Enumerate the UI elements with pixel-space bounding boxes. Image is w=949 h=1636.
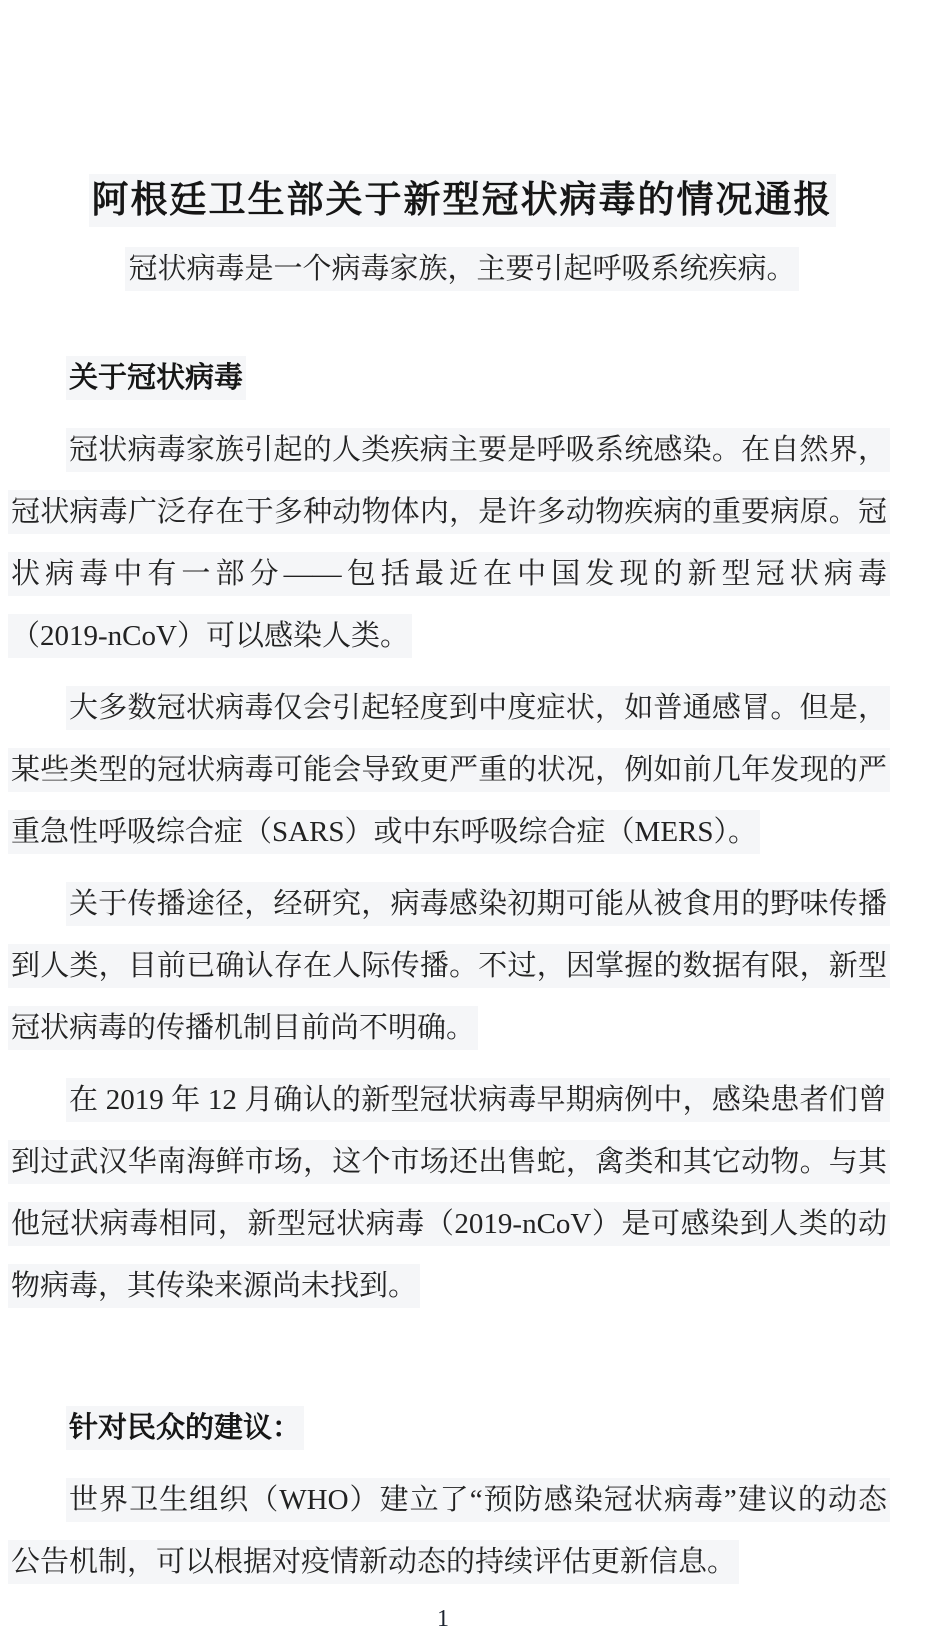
section-heading: 关于冠状病毒 xyxy=(8,347,890,409)
document-page: 阿根廷卫生部关于新型冠状病毒的情况通报 冠状病毒是一个病毒家族，主要引起呼吸系统… xyxy=(0,0,949,1636)
text-line-content: 公告机制，可以根据对疫情新动态的持续评估更新信息。 xyxy=(8,1540,739,1584)
text-line-content: 状病毒中有一部分——包括最近在中国发现的新型冠状病毒 xyxy=(8,552,890,596)
paragraph: 在 2019 年 12 月确认的新型冠状病毒早期病例中，感染患者们曾到过武汉华南… xyxy=(8,1069,890,1317)
text-line-content: 冠状病毒广泛存在于多种动物体内，是许多动物疾病的重要病原。冠 xyxy=(8,490,890,534)
text-line: 公告机制，可以根据对疫情新动态的持续评估更新信息。 xyxy=(8,1531,890,1593)
text-line-content: 到过武汉华南海鲜市场，这个市场还出售蛇，禽类和其它动物。与其 xyxy=(8,1140,890,1184)
text-line: 状病毒中有一部分——包括最近在中国发现的新型冠状病毒 xyxy=(8,543,890,605)
text-line-content: 到人类，目前已确认存在人际传播。不过，因掌握的数据有限，新型 xyxy=(8,944,890,988)
text-line: 重急性呼吸综合症（SARS）或中东呼吸综合症（MERS）。 xyxy=(8,801,890,863)
document-section: 针对民众的建议：世界卫生组织（WHO）建立了“预防感染冠状病毒”建议的动态公告机… xyxy=(8,1397,890,1593)
text-line-content: 世界卫生组织（WHO）建立了“预防感染冠状病毒”建议的动态 xyxy=(66,1478,890,1522)
section-heading: 针对民众的建议： xyxy=(8,1397,890,1459)
text-line: 大多数冠状病毒仅会引起轻度到中度症状，如普通感冒。但是， xyxy=(8,677,890,739)
text-line: 冠状病毒家族引起的人类疾病主要是呼吸系统感染。在自然界， xyxy=(8,419,890,481)
text-line: 冠状病毒的传播机制目前尚不明确。 xyxy=(8,997,890,1059)
paragraph: 大多数冠状病毒仅会引起轻度到中度症状，如普通感冒。但是，某些类型的冠状病毒可能会… xyxy=(8,677,890,863)
subtitle-text: 冠状病毒是一个病毒家族，主要引起呼吸系统疾病。 xyxy=(125,247,798,291)
document-title: 阿根廷卫生部关于新型冠状病毒的情况通报 xyxy=(12,171,912,231)
paragraph: 世界卫生组织（WHO）建立了“预防感染冠状病毒”建议的动态公告机制，可以根据对疫… xyxy=(8,1469,890,1593)
text-line-content: 冠状病毒的传播机制目前尚不明确。 xyxy=(8,1006,478,1050)
text-line-content: 他冠状病毒相同，新型冠状病毒（2019-nCoV）是可感染到人类的动 xyxy=(8,1202,890,1246)
text-line: 某些类型的冠状病毒可能会导致更严重的状况，例如前几年发现的严 xyxy=(8,739,890,801)
text-line: 世界卫生组织（WHO）建立了“预防感染冠状病毒”建议的动态 xyxy=(8,1469,890,1531)
text-line: 到人类，目前已确认存在人际传播。不过，因掌握的数据有限，新型 xyxy=(8,935,890,997)
text-line: 冠状病毒广泛存在于多种动物体内，是许多动物疾病的重要病原。冠 xyxy=(8,481,890,543)
text-line: 他冠状病毒相同，新型冠状病毒（2019-nCoV）是可感染到人类的动 xyxy=(8,1193,890,1255)
text-line-content: 在 2019 年 12 月确认的新型冠状病毒早期病例中，感染患者们曾 xyxy=(66,1078,890,1122)
paragraph: 关于传播途径，经研究，病毒感染初期可能从被食用的野味传播到人类，目前已确认存在人… xyxy=(8,873,890,1059)
title-text: 阿根廷卫生部关于新型冠状病毒的情况通报 xyxy=(89,174,836,227)
document-section: 关于冠状病毒冠状病毒家族引起的人类疾病主要是呼吸系统感染。在自然界，冠状病毒广泛… xyxy=(8,347,890,1317)
text-line-content: 冠状病毒家族引起的人类疾病主要是呼吸系统感染。在自然界， xyxy=(66,428,890,472)
section-heading-text: 关于冠状病毒 xyxy=(66,356,246,400)
page-number: 1 xyxy=(0,1602,886,1636)
text-line-content: 关于传播途径，经研究，病毒感染初期可能从被食用的野味传播 xyxy=(66,882,890,926)
text-line-content: 某些类型的冠状病毒可能会导致更严重的状况，例如前几年发现的严 xyxy=(8,748,890,792)
paragraph: 冠状病毒家族引起的人类疾病主要是呼吸系统感染。在自然界，冠状病毒广泛存在于多种动… xyxy=(8,419,890,667)
section-heading-text: 针对民众的建议： xyxy=(66,1406,304,1450)
text-line: 物病毒，其传染来源尚未找到。 xyxy=(8,1255,890,1317)
text-line: 关于传播途径，经研究，病毒感染初期可能从被食用的野味传播 xyxy=(8,873,890,935)
text-line-content: 重急性呼吸综合症（SARS）或中东呼吸综合症（MERS）。 xyxy=(8,810,760,854)
text-line-content: 物病毒，其传染来源尚未找到。 xyxy=(8,1264,420,1308)
text-line: （2019-nCoV）可以感染人类。 xyxy=(8,605,890,667)
text-line: 在 2019 年 12 月确认的新型冠状病毒早期病例中，感染患者们曾 xyxy=(8,1069,890,1131)
text-line-content: （2019-nCoV）可以感染人类。 xyxy=(8,614,412,658)
document-subtitle: 冠状病毒是一个病毒家族，主要引起呼吸系统疾病。 xyxy=(12,245,912,293)
text-line: 到过武汉华南海鲜市场，这个市场还出售蛇，禽类和其它动物。与其 xyxy=(8,1131,890,1193)
text-line-content: 大多数冠状病毒仅会引起轻度到中度症状，如普通感冒。但是， xyxy=(66,686,890,730)
